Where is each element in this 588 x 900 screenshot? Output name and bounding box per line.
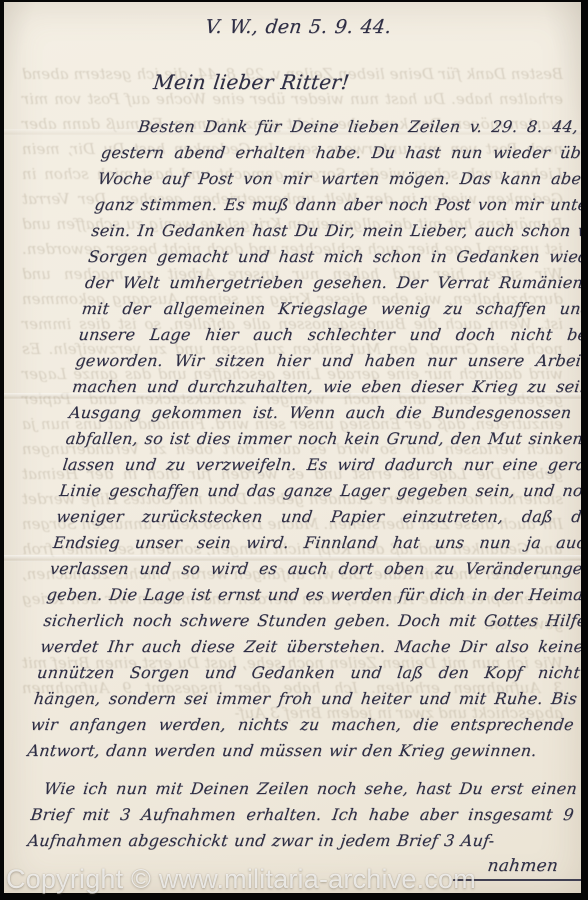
letter-dateline: V. W., den 5. 9. 44. [204, 16, 393, 38]
letter-photo: Besten Dank für Deine lieben Zeilen v. 2… [0, 0, 588, 900]
hyphen-carried-word: nahmen [453, 856, 581, 881]
letter-paragraph-2: Wie ich nun mit Deinen Zeilen noch sehe,… [26, 776, 579, 854]
letter-paragraph-1: Besten Dank für Deine lieben Zeilen v. 2… [26, 114, 581, 764]
letter-salutation: Mein lieber Ritter! [152, 70, 351, 94]
letter-body: Besten Dank für Deine lieben Zeilen v. 2… [26, 114, 569, 854]
letter-paper: Besten Dank für Deine lieben Zeilen v. 2… [4, 2, 581, 893]
